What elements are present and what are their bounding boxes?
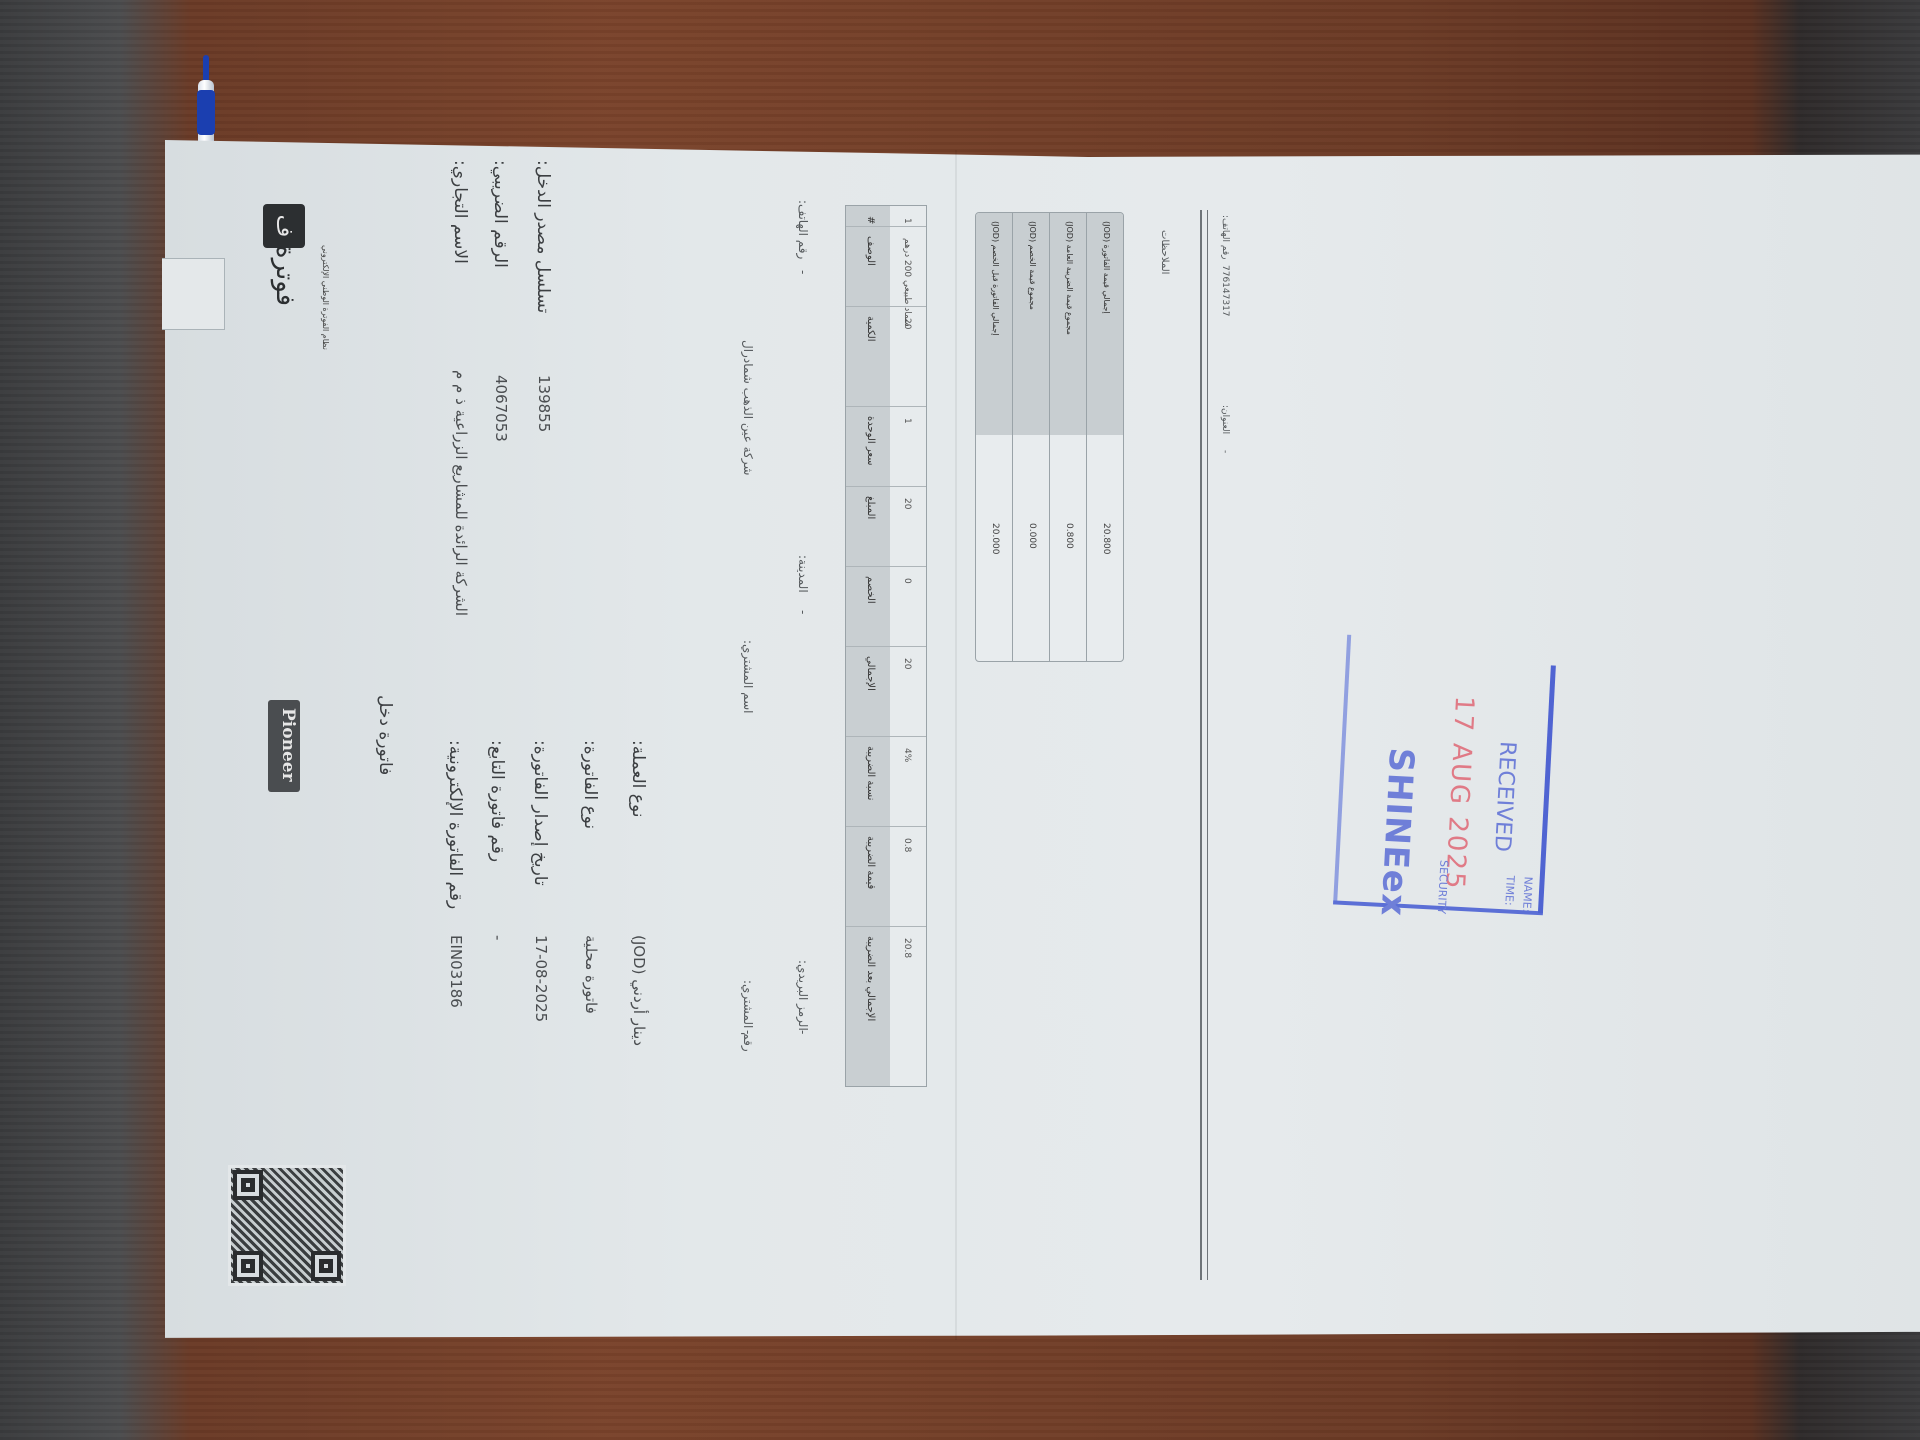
issue-date-value: 17-08-2025	[532, 935, 550, 1022]
document-title: فاتورة دخل	[375, 695, 395, 775]
buyer-number-value: -	[741, 1030, 755, 1034]
buyer-phone-label: رقم الهاتف:	[796, 200, 810, 259]
paper-fold	[955, 150, 957, 1340]
totals-label: مجموع قيمة الخصم (JOD)	[1028, 221, 1037, 310]
trade-name-value: الشركة الرائدة للمشاريع الزراعية ذ م م	[452, 370, 470, 616]
invoice-type-value: فاتورة محلية	[582, 935, 600, 1014]
tax-number-label: الرقم الضريبي:	[490, 160, 510, 268]
fawtara-logo-text: فوترة	[270, 245, 300, 306]
paper-clip	[162, 258, 225, 330]
items-header-cell: سعر الوحدة	[865, 416, 876, 466]
currency-label: نوع العملة:	[628, 740, 648, 817]
footer-phone-value: 776147317	[1220, 265, 1230, 317]
items-header-cell: الإجمالي بعد الضريبة	[865, 936, 876, 1021]
items-header-cell: #	[865, 216, 876, 224]
items-header-cell: المبلغ	[865, 496, 876, 519]
buyer-name-label: اسم المشتري:	[741, 640, 755, 714]
stamp-time-label: TIME:	[1502, 875, 1517, 906]
items-cell: 4%	[902, 748, 912, 762]
items-header-cell: الخصم	[865, 576, 876, 604]
footer-phone-label: رقم الهاتف:	[1220, 215, 1230, 260]
items-cell: 1	[902, 418, 912, 424]
items-cell: 20	[902, 658, 912, 669]
items-cell: 20	[902, 498, 912, 509]
buyer-name-value: شركة عين الذهب شمادرال	[741, 340, 755, 475]
city-value: -	[796, 610, 810, 614]
items-cell: سماد طبيعي 200 درهم	[902, 238, 912, 327]
totals-value: 20.800	[1101, 523, 1111, 555]
tax-number-value: 4067053	[492, 375, 510, 442]
postal-label: الرمز البريدي:	[796, 960, 810, 1031]
items-header-cell: قيمة الضريبة	[865, 836, 876, 889]
pioneer-logo-text: Pioneer	[278, 708, 298, 782]
city-label: المدينة:	[796, 555, 810, 593]
invoice-type-label: نوع الفاتورة:	[580, 740, 600, 829]
items-cell: 20	[902, 318, 912, 329]
einvoice-number-label: رقم الفاتورة الإلكترونية:	[445, 740, 465, 909]
notes-label: الملاحظات	[1159, 230, 1170, 274]
items-header-cell: الإجمالي	[865, 656, 876, 691]
issue-date-label: تاريخ إصدار الفاتورة:	[530, 740, 550, 886]
received-stamp: SHINEex 17 AUG 2025 RECEIVED SECURITY TI…	[1333, 635, 1557, 916]
stamp-received: RECEIVED	[1489, 741, 1520, 853]
items-cell: 0.8	[902, 838, 912, 852]
totals-table: إجمالي الفاتورة قبل الخصم (JOD)20.000مجم…	[975, 212, 1124, 662]
pioneer-logo: Pioneer	[268, 700, 300, 792]
stamp-brand: SHINEex	[1373, 747, 1422, 918]
totals-label: إجمالي الفاتورة قبل الخصم (JOD)	[991, 221, 1000, 336]
items-header-cell: الوصف	[865, 236, 876, 266]
buyer-phone-value: -	[796, 270, 810, 274]
stamp-name-label: NAME:	[1520, 876, 1535, 913]
fawtara-logo-subtitle: نظام الفوترة الوطني الإلكتروني	[321, 245, 330, 350]
totals-value: 20.000	[990, 523, 1000, 555]
qr-code	[228, 1165, 346, 1286]
totals-label: مجموع قيمة الضريبة العامة (JOD)	[1065, 221, 1074, 335]
postal-value: -	[796, 1030, 810, 1034]
einvoice-number-value: EIN03186	[447, 935, 465, 1008]
buyer-number-label: رقم المشتري:	[741, 980, 755, 1052]
related-invoice-value: -	[489, 935, 507, 940]
footer-address-value: -	[1220, 450, 1230, 453]
currency-value: دينار أردني (JOD)	[630, 935, 648, 1046]
totals-label: إجمالي قيمة الفاتورة (JOD)	[1102, 221, 1111, 314]
fawtara-logo-mark: ف	[263, 204, 305, 248]
income-source-value: 139855	[535, 375, 553, 432]
trade-name-label: الاسم التجاري:	[450, 160, 470, 264]
items-header-cell: الكمية	[865, 316, 876, 342]
items-cell: 20.8	[902, 938, 912, 958]
items-table: #1الوصفسماد طبيعي 200 درهمالكمية20سعر ال…	[845, 205, 927, 1087]
totals-value: 0.000	[1027, 523, 1037, 549]
totals-value: 0.800	[1064, 523, 1074, 549]
items-cell: 0	[902, 578, 912, 584]
income-source-label: تسلسل مصدر الدخل:	[533, 160, 553, 313]
items-cell: 1	[902, 218, 912, 224]
items-header-cell: نسبة الضريبة	[865, 746, 876, 800]
footer-divider	[1200, 210, 1208, 1280]
related-invoice-label: رقم فاتورة التابع:	[487, 740, 507, 862]
footer-address-label: العنوان:	[1220, 405, 1230, 434]
